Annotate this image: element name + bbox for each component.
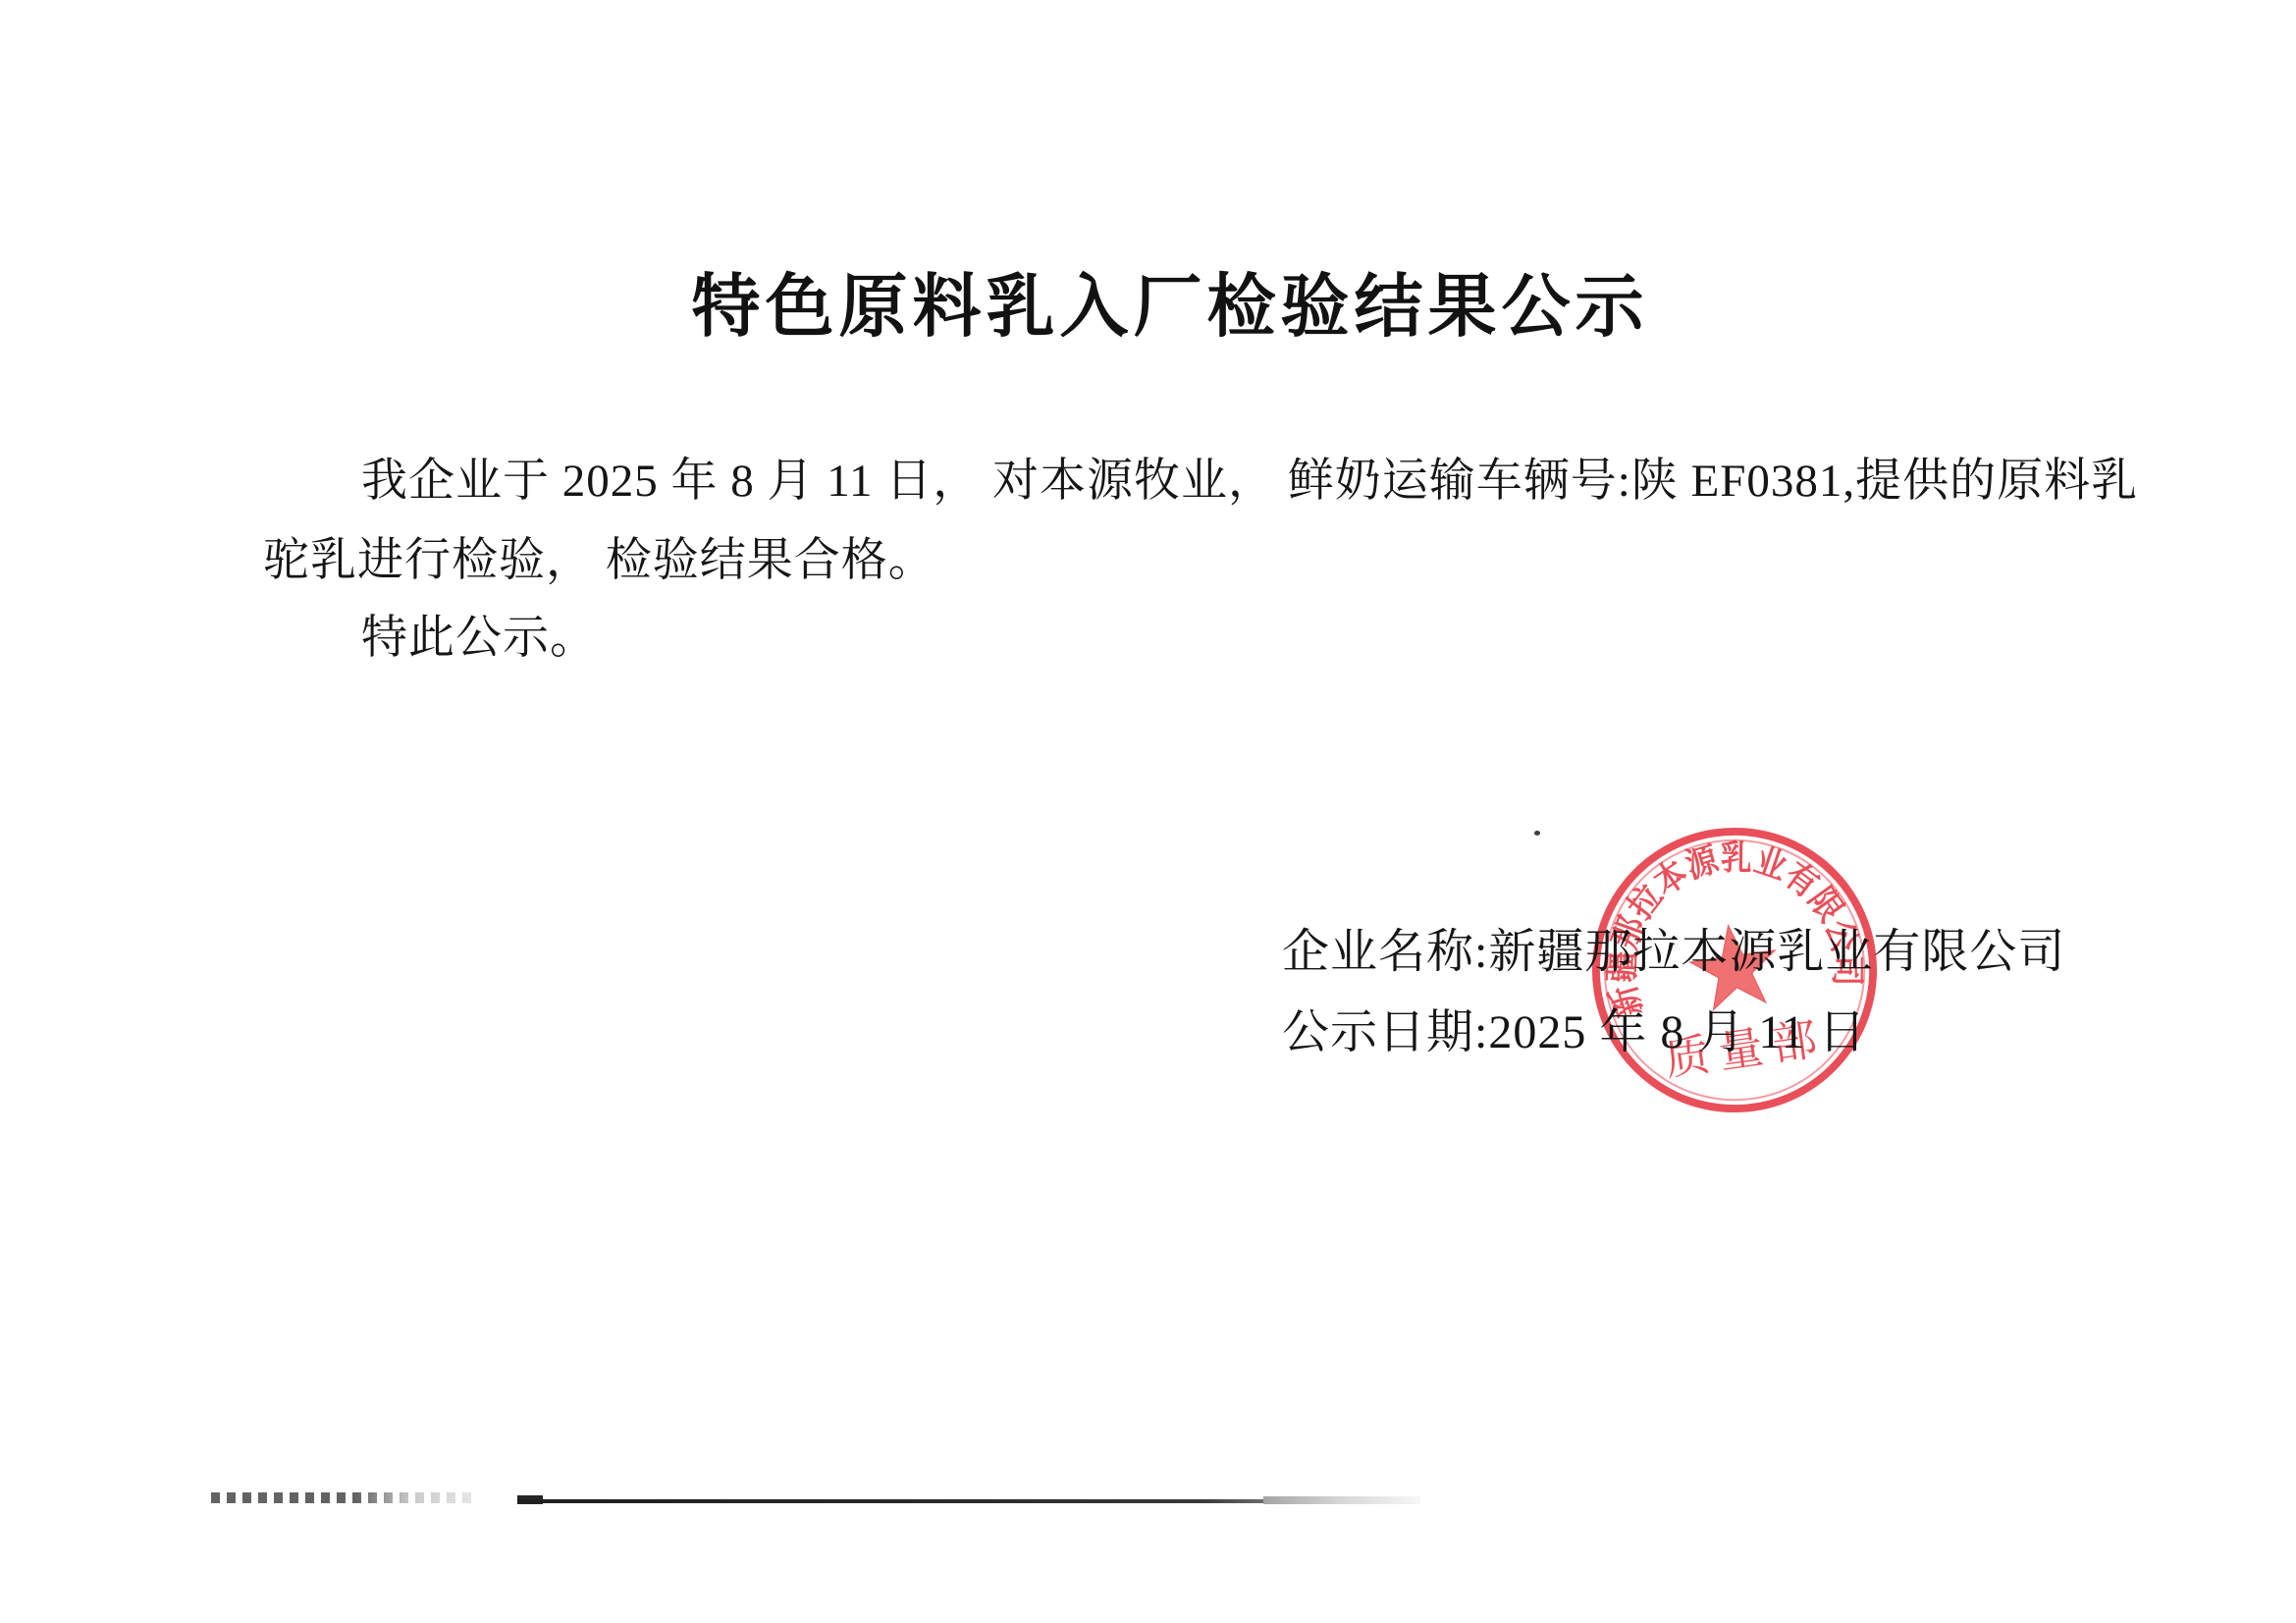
body-line-3: 特此公示。 bbox=[361, 601, 597, 667]
document-page: 特色原料乳入厂检验结果公示 我企业于 2025 年 8 月 11 日， 对本源牧… bbox=[0, 0, 2296, 1623]
scan-line-artifact bbox=[517, 1499, 1263, 1503]
publish-date-line: 公示日期:2025 年 8 月 11 日 bbox=[1282, 994, 1867, 1061]
scan-speck-artifact bbox=[1534, 831, 1540, 836]
company-name-line: 企业名称:新疆那拉本源乳业有限公司 bbox=[1282, 913, 2065, 981]
body-line-1: 我企业于 2025 年 8 月 11 日， 对本源牧业， 鲜奶运输车辆号:陕 E… bbox=[361, 444, 2138, 510]
document-title: 特色原料乳入厂检验结果公示 bbox=[692, 251, 1649, 351]
scan-dots-artifact bbox=[211, 1492, 476, 1503]
scan-line-tail-artifact bbox=[1263, 1496, 1420, 1504]
body-line-2: 驼乳进行检验， 检验结果合格。 bbox=[263, 523, 935, 589]
